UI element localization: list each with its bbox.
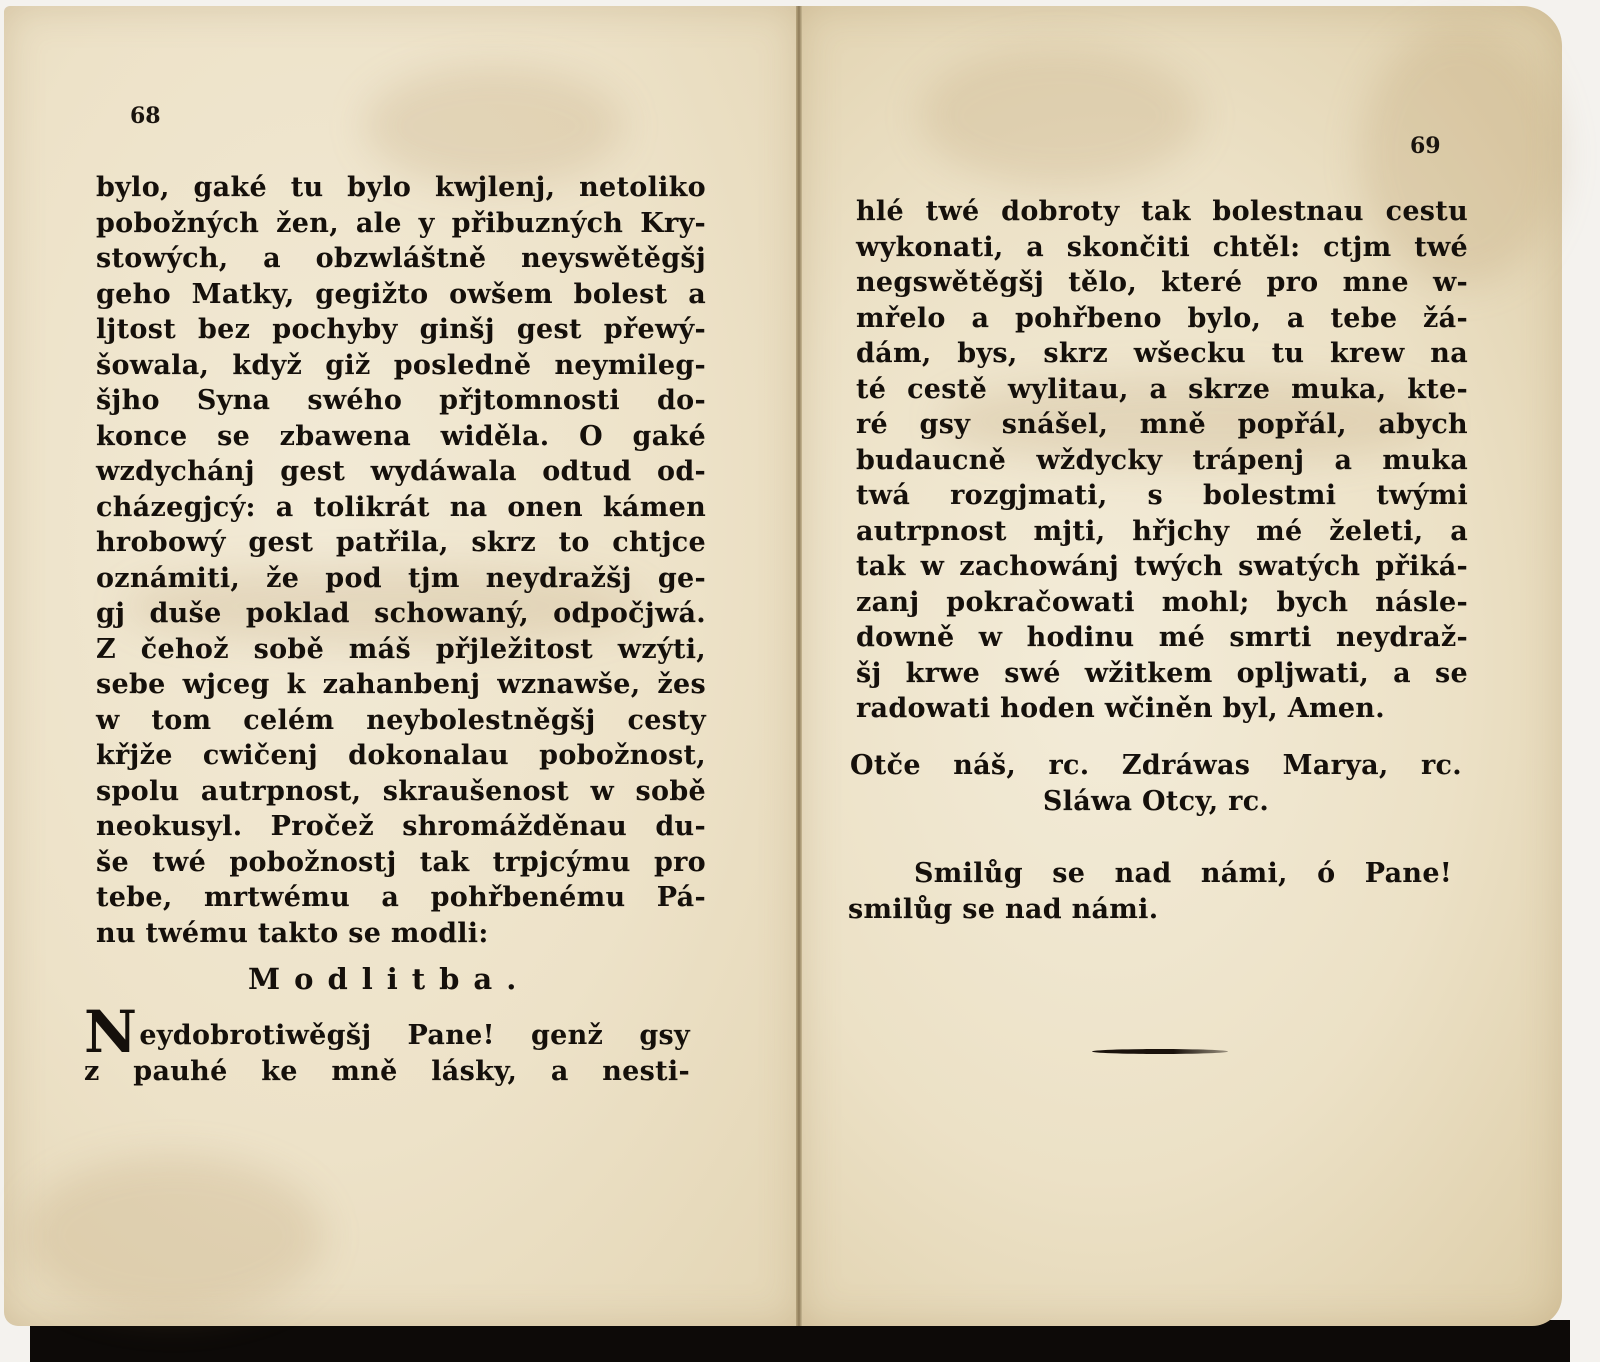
text-line: Neydobrotiwěgšj Pane! genž gsy: [84, 1012, 690, 1054]
text-line: zanj pokračowati mohl; bych násle-: [856, 585, 1468, 621]
prayer-text: Neydobrotiwěgšj Pane! genž gsy z pauhé k…: [84, 1012, 690, 1089]
text-line: z pauhé ke mně lásky, a nesti-: [84, 1054, 690, 1090]
text-line: budaucně wždycky trápenj a muka: [856, 443, 1468, 479]
page-number-left: 68: [130, 103, 161, 129]
text-line: nu twému takto se modli:: [96, 916, 706, 952]
text-line: wzdychánj gest wydáwala odtud od-: [96, 454, 706, 490]
text-line: hlé twé dobroty tak bolestnau cestu: [856, 194, 1468, 230]
scan-background-edge: [30, 1320, 1570, 1362]
text-line: twá rozgjmati, s bolestmi twými: [856, 478, 1468, 514]
text-line: oznámiti, že pod tjm neydražšj ge-: [96, 561, 706, 597]
right-page-paragraph: hlé twé dobroty tak bolestnau cestu wyko…: [856, 194, 1468, 727]
text-line: ré gsy snášel, mně popřál, abych: [856, 407, 1468, 443]
text-line: pobožných žen, ale y přibuzných Kry-: [96, 206, 706, 242]
text-line: šj krwe swé wžitkem oplјwati, a se: [856, 656, 1468, 692]
text-line: Z čehož sobě máš přjležitost wzýti,: [96, 632, 706, 668]
text-line: té cestě wylitau, a skrze muka, kte-: [856, 372, 1468, 408]
text-line: geho Matky, gegižto owšem bolest a: [96, 277, 706, 313]
text-line: sebe wjceg k zahanbenj wznawše, žes: [96, 667, 706, 703]
text-line: neokusyl. Pročež shromážděnau du-: [96, 809, 706, 845]
text-line: stowých, a obzwláštně neyswětěgšj: [96, 241, 706, 277]
book-gutter: [796, 6, 802, 1326]
closing-prayers: Otče náš, rc. Zdráwas Marya, rc. Sláwa O…: [850, 748, 1462, 819]
invocation: Smilůg se nad námi, ó Pane! smilůg se na…: [848, 856, 1452, 927]
text-line: radowati hoden wčiněn byl, Amen.: [856, 691, 1468, 727]
text-line: negswětěgšj tělo, které pro mne w-: [856, 265, 1468, 301]
text-line: tak w zachowánj twých swatých přiká-: [856, 549, 1468, 585]
text-line: křjže cwičenj dokonalau pobožnost,: [96, 738, 706, 774]
text-line: hrobowý gest patřila, skrz to chtjce: [96, 525, 706, 561]
text-line: dám, bys, skrz wšecku tu krew na: [856, 336, 1468, 372]
paper-stain: [24, 1156, 324, 1316]
text-line: konce se zbawena widěla. O gaké: [96, 419, 706, 455]
text-line: cházegjcý: a tolikrát na onen kámen: [96, 490, 706, 526]
page-number-right: 69: [1410, 133, 1441, 159]
text-line: downě w hodinu mé smrti neydraž-: [856, 620, 1468, 656]
text-line: w tom celém neybolestněgšj cesty: [96, 703, 706, 739]
text-line: smilůg se nad námi.: [848, 892, 1452, 928]
prayer-heading: Modlitba.: [248, 962, 530, 996]
text-line: tebe, mrtwému a pohřbenému Pá-: [96, 880, 706, 916]
text-line: ljtost bez pochyby ginšj gest přewý-: [96, 312, 706, 348]
text-line: mřelo a pohřbeno bylo, a tebe žá-: [856, 301, 1468, 337]
text-line: wykonati, a skončiti chtěl: ctjm twé: [856, 230, 1468, 266]
paper-stain: [920, 46, 1200, 186]
text-line: šjho Syna swého přjtomnosti do-: [96, 383, 706, 419]
text-line: autrpnost mjti, hřjchy mé želeti, a: [856, 514, 1468, 550]
ornamental-rule: [1092, 1049, 1228, 1054]
text-line: spolu autrpnost, skraušenost w sobě: [96, 774, 706, 810]
text-line: gj duše poklad schowaný, odpočjwá.: [96, 596, 706, 632]
text-line: Sláwa Otcy, rc.: [850, 784, 1462, 820]
text-line: šowala, když giž posledně neymileg-: [96, 348, 706, 384]
left-page-paragraph: bylo, gaké tu bylo kwjlenj, netoliko pob…: [96, 170, 706, 951]
text-line: Otče náš, rc. Zdráwas Marya, rc.: [850, 748, 1462, 784]
text-line: Smilůg se nad námi, ó Pane!: [848, 856, 1452, 892]
paper-stain: [364, 66, 624, 186]
text-line: bylo, gaké tu bylo kwjlenj, netoliko: [96, 170, 706, 206]
text-line: še twé pobožnostj tak trpjcýmu pro: [96, 845, 706, 881]
